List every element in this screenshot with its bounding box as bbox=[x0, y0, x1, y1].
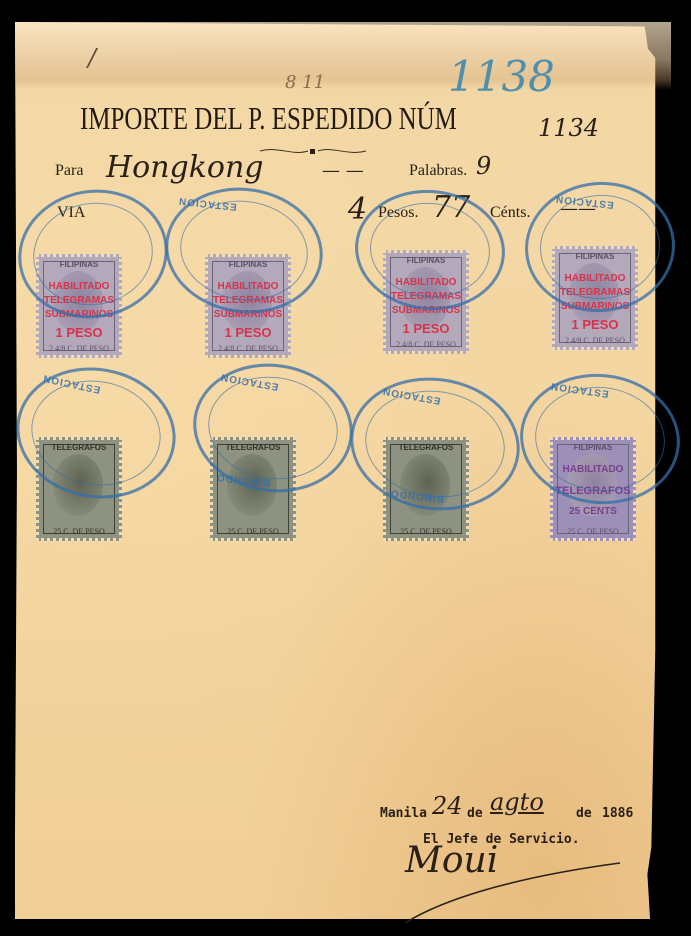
de-label-1: de bbox=[467, 806, 483, 821]
cents-label: Cénts. bbox=[490, 204, 530, 222]
pencil-mark: / bbox=[88, 44, 96, 72]
day-value: 24 bbox=[432, 792, 463, 820]
para-value: Hongkong bbox=[106, 150, 264, 185]
month-value: agto bbox=[490, 788, 544, 816]
de-label-2: de bbox=[576, 806, 592, 821]
document-title: IMPORTE DEL P. ESPEDIDO NÚM bbox=[80, 100, 457, 137]
year-value: 1886 bbox=[602, 806, 633, 821]
para-label: Para bbox=[55, 162, 83, 180]
blue-ledger-number: 1138 bbox=[448, 52, 555, 101]
dispatch-number: 1134 bbox=[538, 114, 599, 142]
palabras-value: 9 bbox=[476, 152, 491, 180]
dash-mark: — — bbox=[322, 160, 364, 181]
place-label: Manila bbox=[380, 806, 427, 821]
signature-flourish bbox=[390, 855, 630, 925]
ornament-divider bbox=[258, 146, 368, 156]
faint-marks: 8 11 bbox=[285, 72, 325, 93]
palabras-label: Palabras. bbox=[409, 162, 467, 180]
